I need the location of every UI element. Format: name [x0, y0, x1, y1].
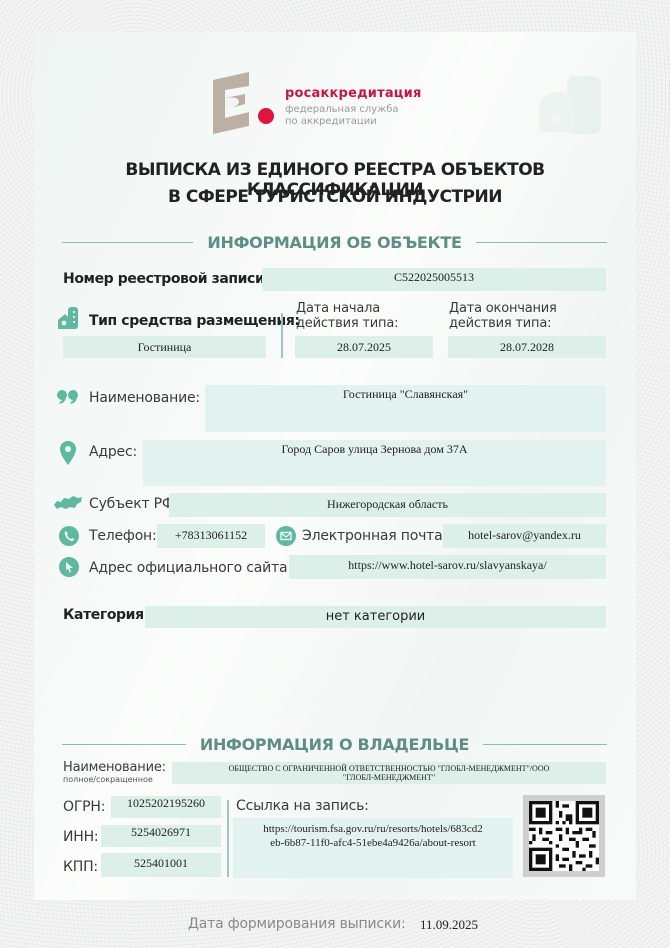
qr-code-icon: [529, 801, 599, 871]
category-label: Категория:: [63, 607, 149, 623]
website-label: Адрес официального сайта:: [89, 560, 292, 576]
phone-field: +78313061152: [157, 524, 265, 548]
email-label: Электронная почта:: [302, 528, 447, 544]
phone-icon: [59, 526, 79, 546]
registry-number-label: Номер реестровой записи:: [63, 271, 270, 287]
owner-name-line2: "ГЛОБЛ-МЕНЕДЖМЕНТ": [172, 773, 606, 782]
rosaccreditation-logo-icon: [209, 70, 255, 136]
location-pin-icon: [59, 440, 77, 466]
kpp-field: 525401001: [101, 853, 221, 877]
inn-field: 5254026971: [101, 825, 221, 847]
region-field: Нижегородская область: [169, 493, 606, 517]
object-section-heading: ИНФОРМАЦИЯ ОБ ОБЪЕКТЕ: [62, 232, 607, 252]
owner-section-heading-text: ИНФОРМАЦИЯ О ВЛАДЕЛЬЦЕ: [186, 735, 483, 754]
record-link-line1[interactable]: https://tourism.fsa.gov.ru/ru/resorts/ho…: [233, 822, 513, 836]
end-date-field: 28.07.2028: [448, 336, 606, 358]
name-label: Наименование:: [89, 390, 200, 406]
logo-title: росаккредитация: [285, 86, 422, 101]
start-date-label-line2: действия типа:: [296, 316, 398, 331]
russia-map-icon: [53, 495, 83, 511]
divider: [476, 242, 607, 243]
owner-name-label: Наименование:: [63, 760, 166, 775]
start-date-field: 28.07.2025: [295, 336, 433, 358]
owner-name-sublabel: полное/сокращенное: [63, 775, 153, 784]
email-field: hotel-sarov@yandex.ru: [443, 524, 606, 548]
qr-code[interactable]: [523, 795, 605, 877]
logo-dot-icon: [258, 108, 274, 124]
vertical-divider: [227, 800, 229, 877]
kpp-label: КПП:: [63, 859, 98, 875]
owner-name-field: ОБЩЕСТВО С ОГРАНИЧЕННОЙ ОТВЕТСТВЕННОСТЬЮ…: [172, 762, 606, 784]
ogrn-field: 1025202195260: [111, 796, 221, 818]
divider: [483, 744, 607, 745]
website-field: https://www.hotel-sarov.ru/slavyanskaya/: [289, 555, 606, 579]
building-watermark-icon: [535, 70, 605, 136]
extract-date-label: Дата формирования выписки:: [188, 916, 406, 932]
address-label: Адрес:: [89, 444, 137, 460]
building-icon: [57, 306, 81, 330]
name-field: Гостиница "Славянская": [205, 385, 606, 432]
quote-icon: [56, 389, 80, 405]
phone-label: Телефон:: [89, 528, 157, 544]
logo-subtitle: федеральная служба по аккредитации: [285, 104, 399, 128]
divider: [62, 242, 193, 243]
cursor-icon: [59, 557, 79, 577]
logo-subtitle-line1: федеральная служба: [285, 104, 399, 116]
end-date-label-line1: Дата окончания: [449, 301, 557, 316]
region-label: Субъект РФ:: [89, 496, 178, 512]
record-link-field[interactable]: https://tourism.fsa.gov.ru/ru/resorts/ho…: [233, 818, 513, 878]
start-date-label-line1: Дата начала: [296, 301, 398, 316]
start-date-label: Дата начала действия типа:: [296, 301, 398, 331]
end-date-label-line2: действия типа:: [449, 316, 557, 331]
category-field: нет категории: [145, 606, 606, 628]
ogrn-label: ОГРН:: [63, 799, 105, 815]
end-date-label: Дата окончания действия типа:: [449, 301, 557, 331]
vertical-divider: [281, 313, 283, 358]
inn-label: ИНН:: [63, 829, 98, 845]
record-link-line2[interactable]: eb-6b87-11f0-afc4-51ebe4a9426a/about-res…: [233, 836, 513, 850]
logo-subtitle-line2: по аккредитации: [285, 116, 399, 128]
owner-section-heading: ИНФОРМАЦИЯ О ВЛАДЕЛЬЦЕ: [62, 734, 607, 754]
record-link-label: Ссылка на запись:: [236, 798, 369, 814]
document-title-line2: В СФЕРЕ ТУРИСТСКОЙ ИНДУСТРИИ: [40, 187, 630, 207]
owner-name-line1: ОБЩЕСТВО С ОГРАНИЧЕННОЙ ОТВЕТСТВЕННОСТЬЮ…: [172, 764, 606, 773]
object-section-heading-text: ИНФОРМАЦИЯ ОБ ОБЪЕКТЕ: [193, 233, 475, 252]
email-icon: [276, 526, 296, 546]
accommodation-type-field: Гостиница: [63, 336, 266, 358]
registry-number-field: C522025005513: [262, 268, 606, 291]
divider: [62, 744, 186, 745]
accommodation-type-label: Тип средства размещения:: [89, 313, 300, 329]
extract-date-value: 11.09.2025: [420, 917, 478, 933]
address-field: Город Саров улица Зернова дом 37А: [143, 440, 606, 486]
